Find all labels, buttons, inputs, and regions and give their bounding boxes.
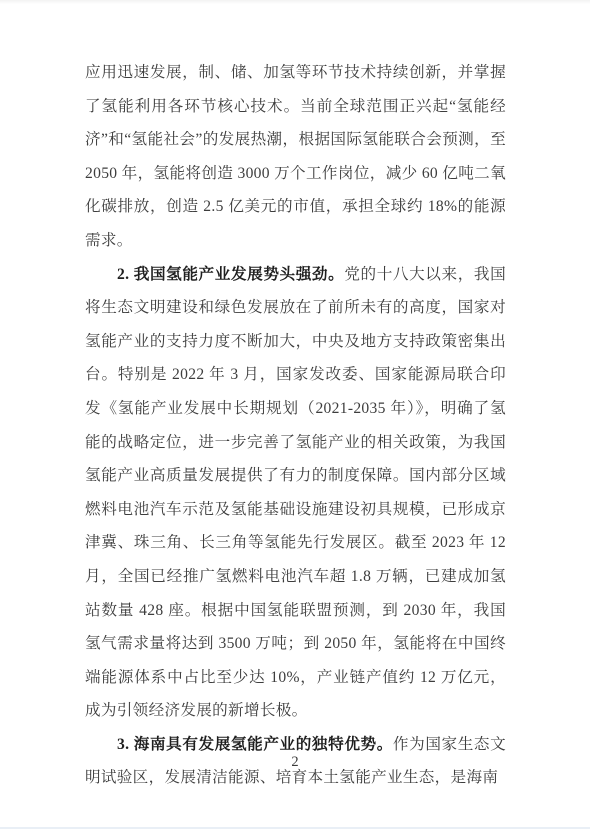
paragraph-continuation-text: 应用迅速发展，制、储、加氢等环节技术持续创新，并掌握了氢能利用各环节核心技术。当… [85, 64, 506, 249]
section-2-heading: 2. 我国氢能产业发展势头强劲。 [117, 266, 344, 283]
page-number: 2 [0, 754, 590, 771]
document-body: 应用迅速发展，制、储、加氢等环节技术持续创新，并掌握了氢能利用各环节核心技术。当… [85, 56, 506, 795]
paragraph-continuation: 应用迅速发展，制、储、加氢等环节技术持续创新，并掌握了氢能利用各环节核心技术。当… [85, 56, 506, 258]
document-page: 应用迅速发展，制、储、加氢等环节技术持续创新，并掌握了氢能利用各环节核心技术。当… [0, 0, 590, 829]
paragraph-section-2: 2. 我国氢能产业发展势头强劲。党的十八大以来，我国将生态文明建设和绿色发展放在… [85, 258, 506, 728]
section-3-heading: 3. 海南具有发展氢能产业的独特优势。 [117, 736, 393, 753]
section-2-body-text: 党的十八大以来，我国将生态文明建设和绿色发展放在了前所未有的高度，国家对氢能产业… [85, 266, 506, 720]
